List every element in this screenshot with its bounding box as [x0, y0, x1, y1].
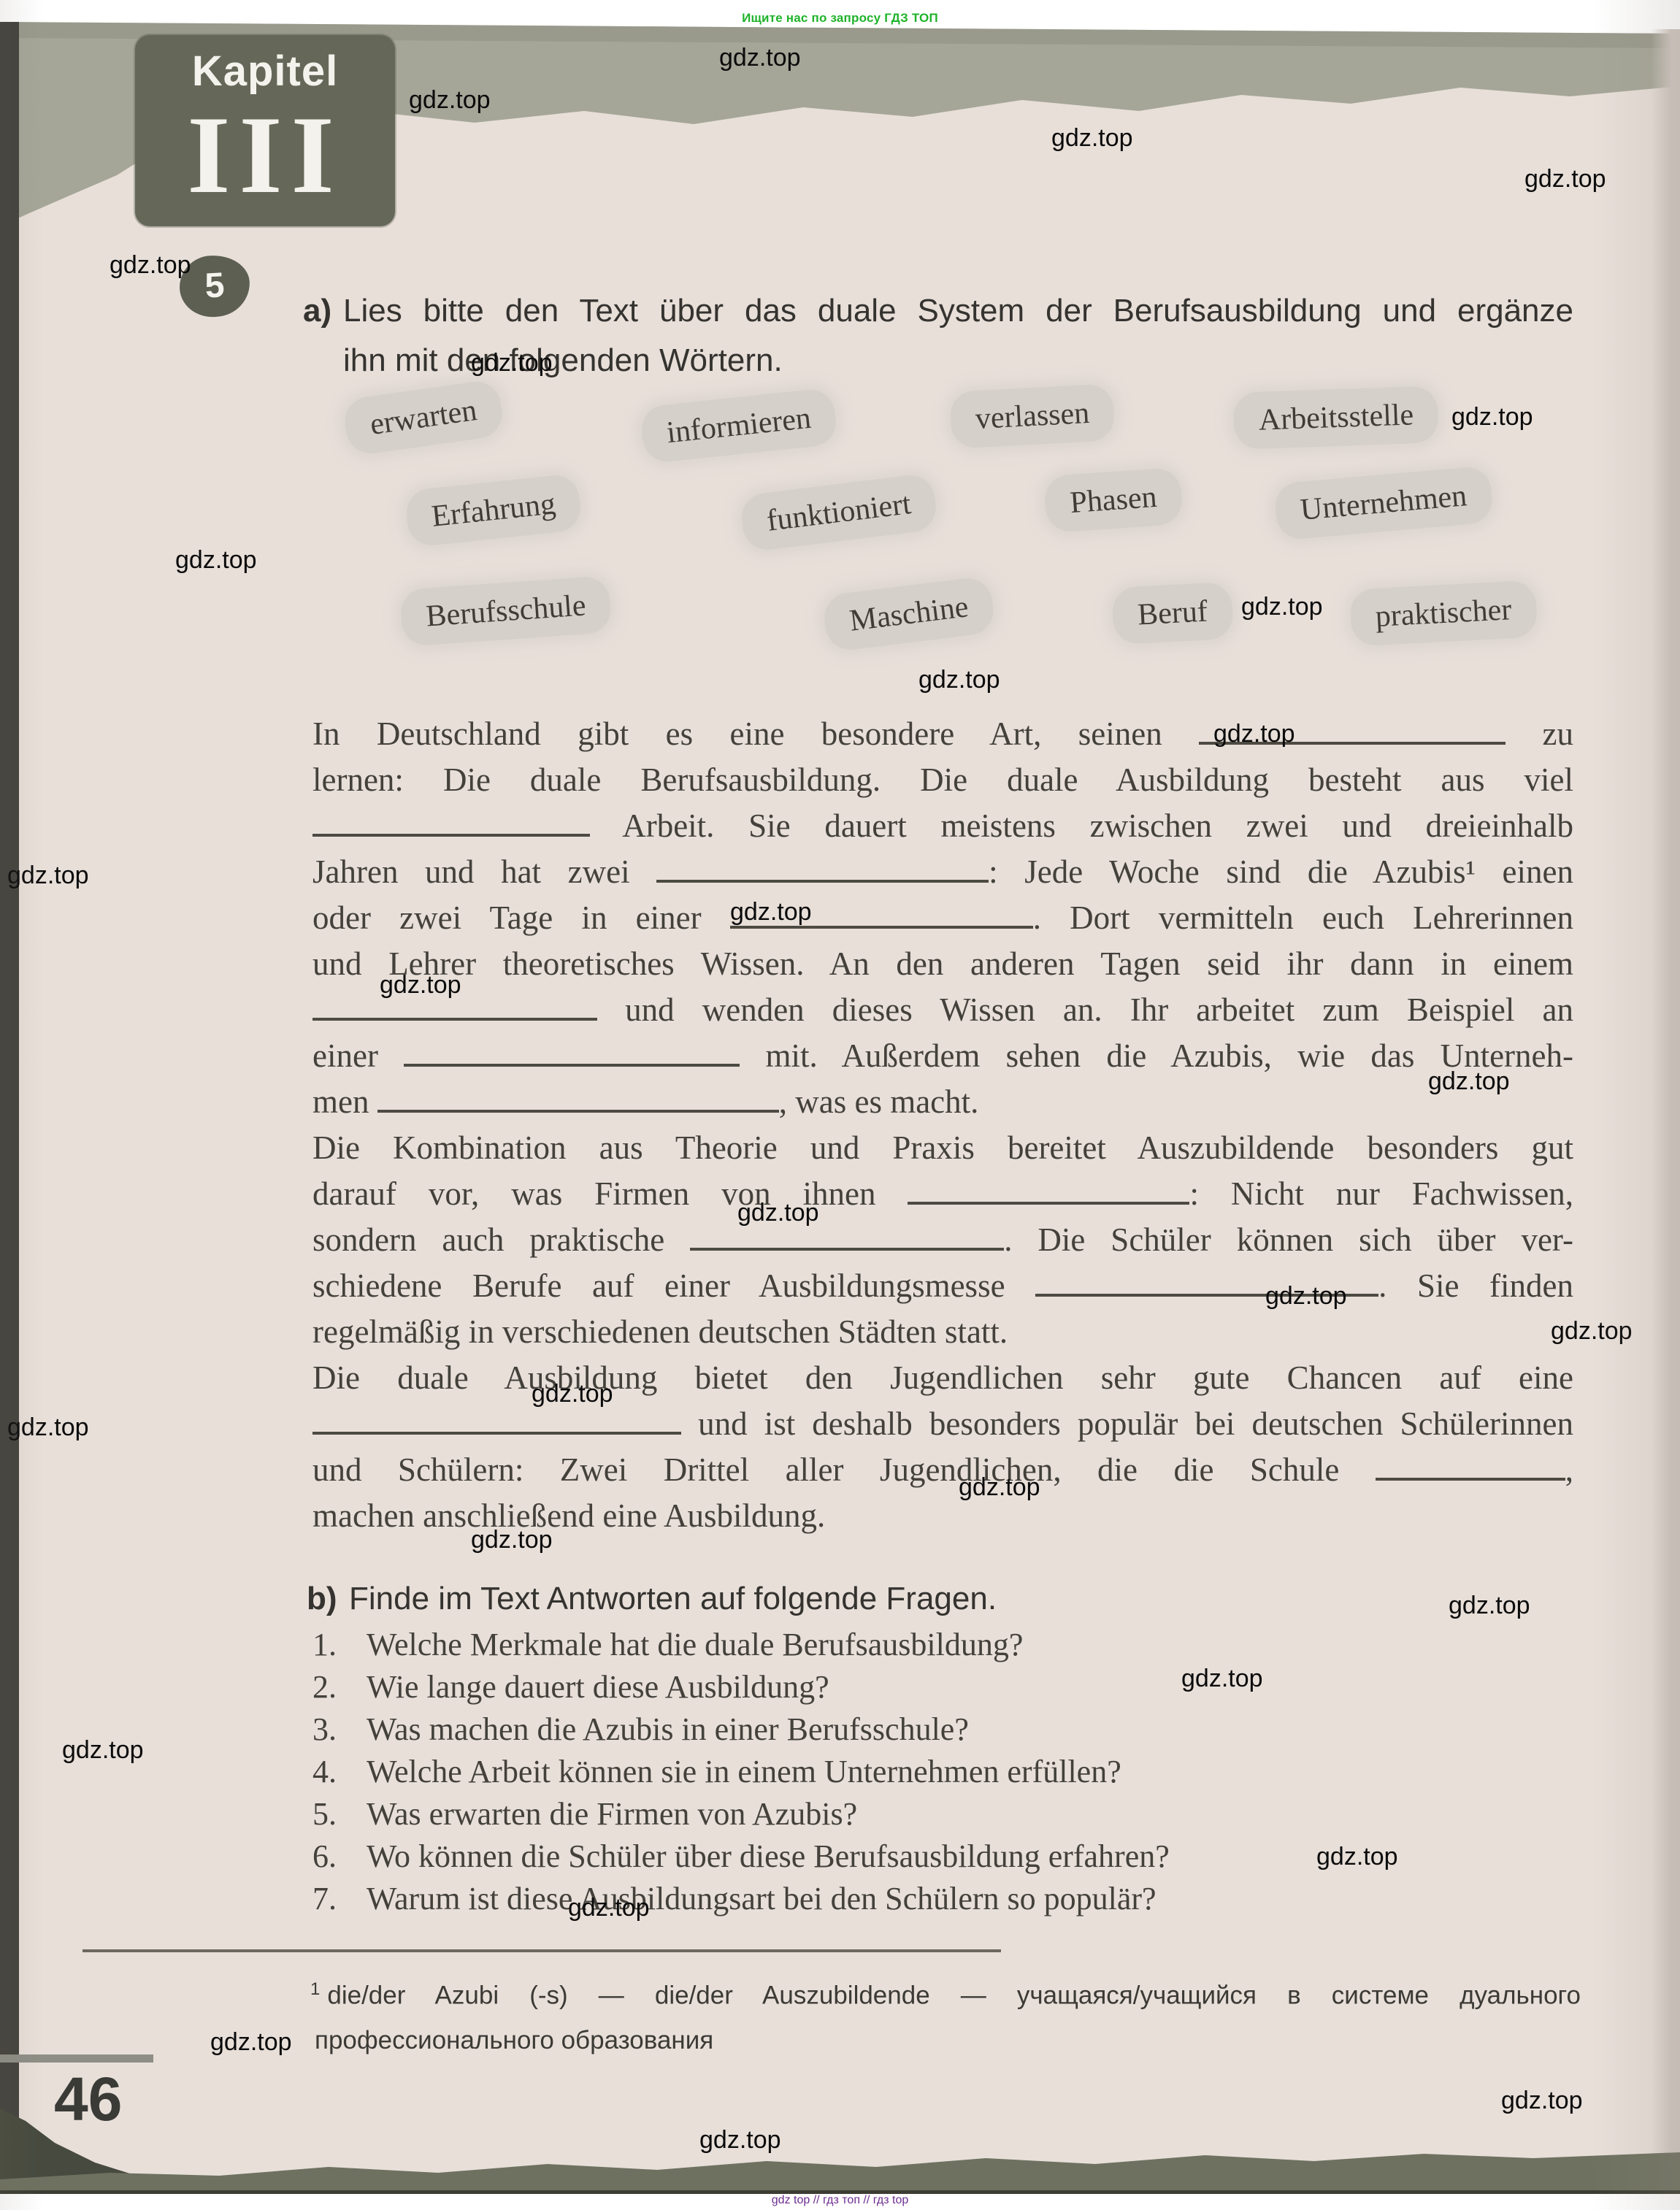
question-number: 5. — [312, 1795, 367, 1834]
fill-in-blank — [312, 1427, 681, 1435]
watermark: gdz.top — [110, 251, 191, 279]
watermark: gdz.top — [1181, 1665, 1263, 1692]
cloze-line: regelmäßig in verschiedenen deutschen St… — [312, 1309, 1573, 1355]
watermark: gdz.top — [1428, 1067, 1510, 1095]
word-bank-item: Arbeitsstelle — [1233, 385, 1440, 450]
question-text: Was machen die Azubis in einer Berufssch… — [367, 1711, 969, 1747]
question-item: 4.Welche Arbeit können sie in einem Unte… — [312, 1752, 1597, 1792]
watermark: gdz.top — [7, 1413, 89, 1441]
watermark: gdz.top — [719, 44, 801, 72]
watermark: gdz.top — [380, 971, 461, 999]
question-text: Wo können die Schüler über diese Berufsa… — [367, 1838, 1170, 1874]
question-item: 7.Warum ist diese Ausbildungsart bei den… — [312, 1879, 1597, 1919]
word-bank-item: informieren — [640, 387, 839, 464]
footnote-line1: 1die/der Azubi (-s) — die/der Auszubilde… — [310, 1973, 1581, 2013]
cloze-line: Die duale Ausbildung bietet den Jugendli… — [312, 1355, 1573, 1401]
watermark: gdz.top — [471, 1526, 553, 1554]
watermark: gdz.top — [1449, 1592, 1530, 1619]
cloze-line: lernen: Die duale Berufsausbildung. Die … — [312, 757, 1573, 803]
watermark: gdz.top — [175, 546, 257, 574]
fill-in-blank — [656, 875, 989, 883]
cloze-line: sondern auch praktische . Die Schüler kö… — [312, 1217, 1573, 1263]
task-b-label: b) — [307, 1574, 337, 1624]
watermark: gdz.top — [62, 1736, 144, 1764]
watermark: gdz.top — [1451, 403, 1533, 431]
cloze-line: In Deutschland gibt es eine besondere Ar… — [312, 711, 1573, 757]
question-number: 2. — [312, 1668, 367, 1707]
question-text: Welche Arbeit können sie in einem Untern… — [367, 1754, 1121, 1789]
question-number: 3. — [312, 1710, 367, 1749]
cloze-line: und ist deshalb besonders populär bei de… — [312, 1401, 1573, 1447]
gdz-footer: gdz top // гдз топ // гдз top — [0, 2193, 1680, 2208]
gdz-top-banner: Ищите нас по запросу ГДЗ ТОП — [0, 10, 1680, 26]
cloze-line: Arbeit. Sie dauert meistens zwischen zwe… — [312, 803, 1573, 849]
watermark: gdz.top — [699, 2126, 781, 2154]
fill-in-blank — [690, 1243, 1004, 1251]
watermark: gdz.top — [1316, 1843, 1398, 1871]
question-text: Warum ist diese Ausbildungsart bei den S… — [367, 1881, 1157, 1917]
word-bank-item: Maschine — [821, 575, 996, 653]
watermark: gdz.top — [918, 666, 1000, 694]
watermark: gdz.top — [1051, 124, 1133, 152]
watermark: gdz.top — [730, 898, 812, 926]
question-item: 3.Was machen die Azubis in einer Berufss… — [312, 1710, 1597, 1749]
watermark: gdz.top — [1213, 720, 1295, 748]
chapter-roman-numeral: III — [135, 96, 395, 213]
watermark: gdz.top — [409, 86, 491, 114]
fill-in-blank — [1376, 1473, 1565, 1481]
question-number: 7. — [312, 1879, 367, 1919]
scan-left-edge — [0, 22, 19, 2194]
footnote-marker: 1 — [310, 1979, 320, 1999]
question-item: 5.Was erwarten die Firmen von Azubis? — [312, 1795, 1597, 1834]
watermark: gdz.top — [471, 349, 553, 377]
question-number: 6. — [312, 1837, 367, 1876]
question-item: 1.Welche Merkmale hat die duale Berufsau… — [312, 1625, 1597, 1665]
scanned-workbook-page: Ищите нас по запросу ГДЗ ТОП Kapitel III… — [0, 0, 1680, 2210]
watermark: gdz.top — [210, 2028, 292, 2056]
cloze-line: Jahren und hat zwei : Jede Woche sind di… — [312, 849, 1573, 895]
chapter-label: Kapitel — [135, 48, 395, 95]
word-bank-item: Beruf — [1111, 582, 1233, 645]
fill-in-blank — [404, 1059, 740, 1067]
footnote-text1: die/der Azubi (-s) — die/der Auszubilden… — [327, 1981, 1581, 2010]
task-b-instruction: Finde im Text Antworten auf folgende Fra… — [349, 1574, 1590, 1624]
word-bank-item: Unternehmen — [1273, 465, 1494, 541]
question-text: Was erwarten die Firmen von Azubis? — [367, 1796, 857, 1832]
word-bank-item: praktischer — [1349, 580, 1538, 646]
fill-in-blank — [377, 1105, 779, 1113]
task-a-label: a) — [303, 286, 331, 336]
question-item: 6.Wo können die Schüler über diese Beruf… — [312, 1837, 1597, 1876]
cloze-line: oder zwei Tage in einer . Dort vermittel… — [312, 895, 1573, 941]
cloze-line: men , was es macht. — [312, 1079, 1573, 1125]
word-bank-item: Phasen — [1043, 467, 1184, 534]
cloze-line: und Schülern: Zwei Drittel aller Jugendl… — [312, 1447, 1573, 1493]
cloze-line: einer mit. Außerdem sehen die Azubis, wi… — [312, 1033, 1573, 1079]
fill-in-blank — [312, 1013, 597, 1021]
question-text: Welche Merkmale hat die duale Berufsausb… — [367, 1627, 1023, 1662]
cloze-line: Die Kombination aus Theorie und Praxis b… — [312, 1125, 1573, 1171]
word-bank-item: Erfahrung — [404, 473, 583, 548]
watermark: gdz.top — [737, 1199, 819, 1227]
word-bank-item: erwarten — [342, 378, 505, 456]
cloze-line: und wenden dieses Wissen an. Ihr arbeite… — [312, 987, 1573, 1033]
watermark: gdz.top — [1265, 1282, 1347, 1310]
scan-right-edge — [1651, 29, 1680, 2154]
watermark: gdz.top — [7, 862, 89, 889]
watermark: gdz.top — [568, 1894, 650, 1922]
fill-in-blank — [312, 829, 590, 837]
question-text: Wie lange dauert diese Ausbildung? — [367, 1669, 829, 1705]
watermark: gdz.top — [1524, 165, 1606, 193]
question-number: 4. — [312, 1752, 367, 1792]
word-bank-item: Berufsschule — [399, 575, 613, 647]
question-number: 1. — [312, 1625, 367, 1665]
page-number-bar — [0, 2054, 153, 2063]
fill-in-blank — [908, 1197, 1189, 1205]
watermark: gdz.top — [959, 1473, 1040, 1501]
footnote-separator — [83, 1949, 1001, 1952]
watermark: gdz.top — [1241, 593, 1323, 621]
question-item: 2.Wie lange dauert diese Ausbildung? — [312, 1668, 1597, 1707]
watermark: gdz.top — [1551, 1317, 1633, 1345]
watermark: gdz.top — [1501, 2087, 1583, 2114]
cloze-line: darauf vor, was Firmen von ihnen : Nicht… — [312, 1171, 1573, 1217]
task-a-line1: Lies bitte den Text über das duale Syste… — [343, 286, 1573, 336]
cloze-line: schiedene Berufe auf einer Ausbildungsme… — [312, 1263, 1573, 1309]
watermark: gdz.top — [532, 1380, 613, 1408]
cloze-line: und Lehrer theoretisches Wissen. An den … — [312, 941, 1573, 987]
chapter-badge: Kapitel III — [135, 35, 395, 226]
word-bank-item: verlassen — [949, 383, 1116, 449]
word-bank-item: funktioniert — [739, 472, 939, 553]
footnote-line2: профессионального образования — [315, 2024, 1585, 2057]
